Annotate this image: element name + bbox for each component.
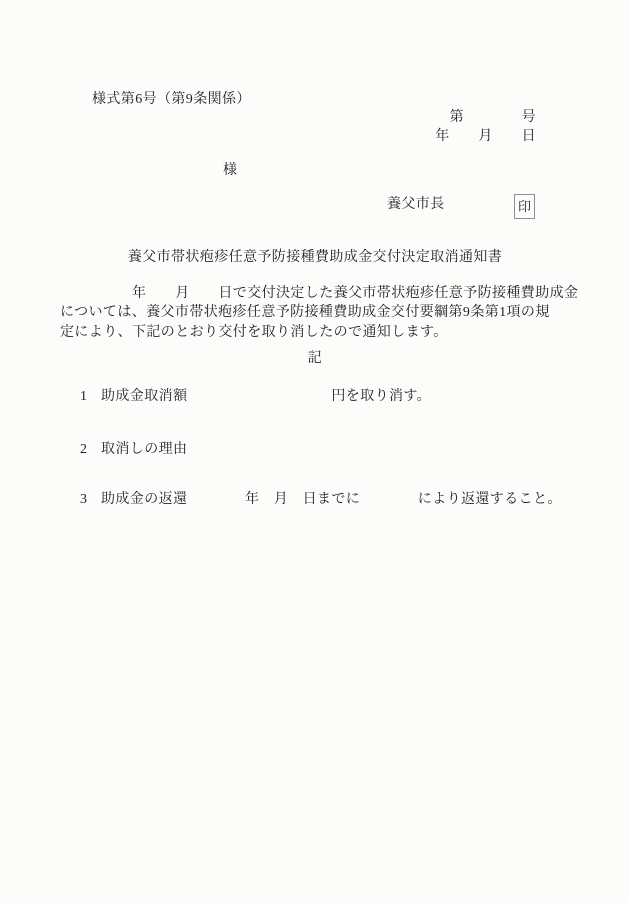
document-page: 様式第6号（第9条関係） 第 号 年 月 日 様 養父市長 印 養父市帯状疱疹任…	[0, 0, 630, 903]
body-line-1: 年 月 日で交付決定した養父市帯状疱疹任意予防接種費助成金	[60, 284, 578, 303]
document-title: 養父市帯状疱疹任意予防接種費助成金交付決定取消通知書	[0, 249, 630, 267]
record-marker: 記	[0, 350, 630, 368]
document-number: 第 号	[450, 109, 536, 127]
body-paragraph: 年 月 日で交付決定した養父市帯状疱疹任意予防接種費助成金 については、養父市帯…	[60, 284, 578, 342]
form-number: 様式第6号（第9条関係）	[92, 91, 251, 109]
item-number: 2	[80, 441, 101, 459]
item-number: 1	[80, 388, 101, 406]
item-text: 助成金取消額 円を取り消す。	[101, 389, 431, 404]
item-text: 助成金の返還 年 月 日までに により返還すること。	[101, 492, 562, 507]
item-subsidy-return: 3助成金の返還 年 月 日までに により返還すること。	[80, 491, 562, 509]
issue-date: 年 月 日	[435, 128, 536, 146]
item-text: 取消しの理由	[101, 442, 187, 457]
body-line-3: 定により、下記のとおり交付を取り消したので通知します。	[60, 323, 578, 342]
item-number: 3	[80, 491, 101, 509]
item-cancel-reason: 2取消しの理由	[80, 441, 187, 459]
item-subsidy-cancel-amount: 1助成金取消額 円を取り消す。	[80, 388, 431, 406]
seal-stamp-icon: 印	[514, 194, 535, 219]
body-line-2: については、養父市帯状疱疹任意予防接種費助成金交付要綱第9条第1項の規	[60, 303, 578, 322]
issuer-name: 養父市長	[387, 196, 445, 214]
recipient-suffix: 様	[223, 162, 237, 180]
